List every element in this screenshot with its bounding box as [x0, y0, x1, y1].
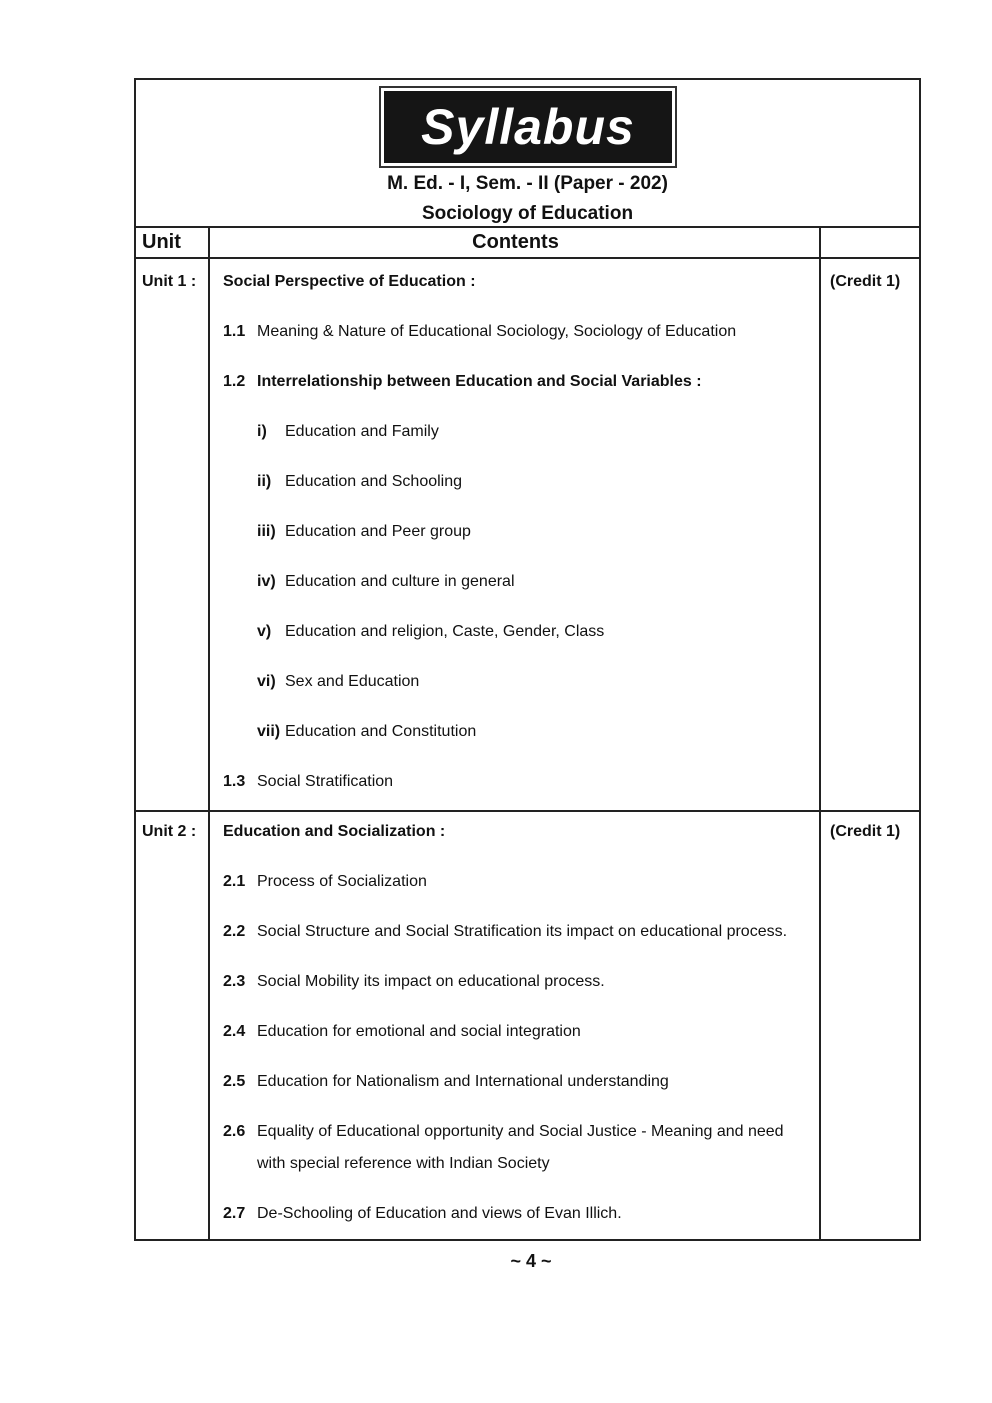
sub-list-item: iv)Education and culture in general	[257, 573, 515, 591]
subject-title: Sociology of Education	[136, 203, 919, 225]
list-item: 2.1Process of Socialization	[223, 873, 427, 891]
list-item-continuation: with special reference with Indian Socie…	[257, 1155, 550, 1173]
list-item: 1.3Social Stratification	[223, 773, 393, 791]
list-item: 2.4Education for emotional and social in…	[223, 1023, 581, 1041]
column-divider	[208, 228, 210, 1239]
unit-1-credit: (Credit 1)	[830, 273, 900, 291]
list-item: 2.6Equality of Educational opportunity a…	[223, 1123, 784, 1141]
course-title: M. Ed. - I, Sem. - II (Paper - 202)	[136, 173, 919, 195]
logo-text: Syllabus	[384, 91, 672, 163]
title-area: Syllabus M. Ed. - I, Sem. - II (Paper - …	[136, 80, 919, 228]
unit-2-title: Education and Socialization :	[223, 823, 445, 841]
sub-list-item: vii)Education and Constitution	[257, 723, 476, 741]
sub-list-item: i)Education and Family	[257, 423, 439, 441]
sub-list-item: v)Education and religion, Caste, Gender,…	[257, 623, 604, 641]
list-item: 2.3Social Mobility its impact on educati…	[223, 973, 605, 991]
syllabus-table: Syllabus M. Ed. - I, Sem. - II (Paper - …	[134, 78, 921, 1241]
syllabus-logo: Syllabus	[379, 86, 677, 168]
column-header-unit: Unit	[142, 231, 181, 254]
column-divider	[819, 228, 821, 1239]
list-item: 2.7De-Schooling of Education and views o…	[223, 1205, 622, 1223]
list-item: 2.2Social Structure and Social Stratific…	[223, 923, 787, 941]
unit-2-credit: (Credit 1)	[830, 823, 900, 841]
sub-list-item: iii)Education and Peer group	[257, 523, 471, 541]
table-header: Unit Contents	[136, 228, 919, 259]
unit-2-label: Unit 2 :	[142, 823, 196, 841]
page-number: ~ 4 ~	[0, 1251, 992, 1272]
list-item: 2.5Education for Nationalism and Interna…	[223, 1073, 669, 1091]
unit-divider	[136, 810, 919, 812]
unit-1-label: Unit 1 :	[142, 273, 196, 291]
list-item: 1.1Meaning & Nature of Educational Socio…	[223, 323, 736, 341]
column-header-contents: Contents	[210, 231, 821, 254]
sub-list-item: ii)Education and Schooling	[257, 473, 462, 491]
list-item: 1.2Interrelationship between Education a…	[223, 373, 702, 391]
sub-list-item: vi)Sex and Education	[257, 673, 419, 691]
unit-1-title: Social Perspective of Education :	[223, 273, 476, 291]
